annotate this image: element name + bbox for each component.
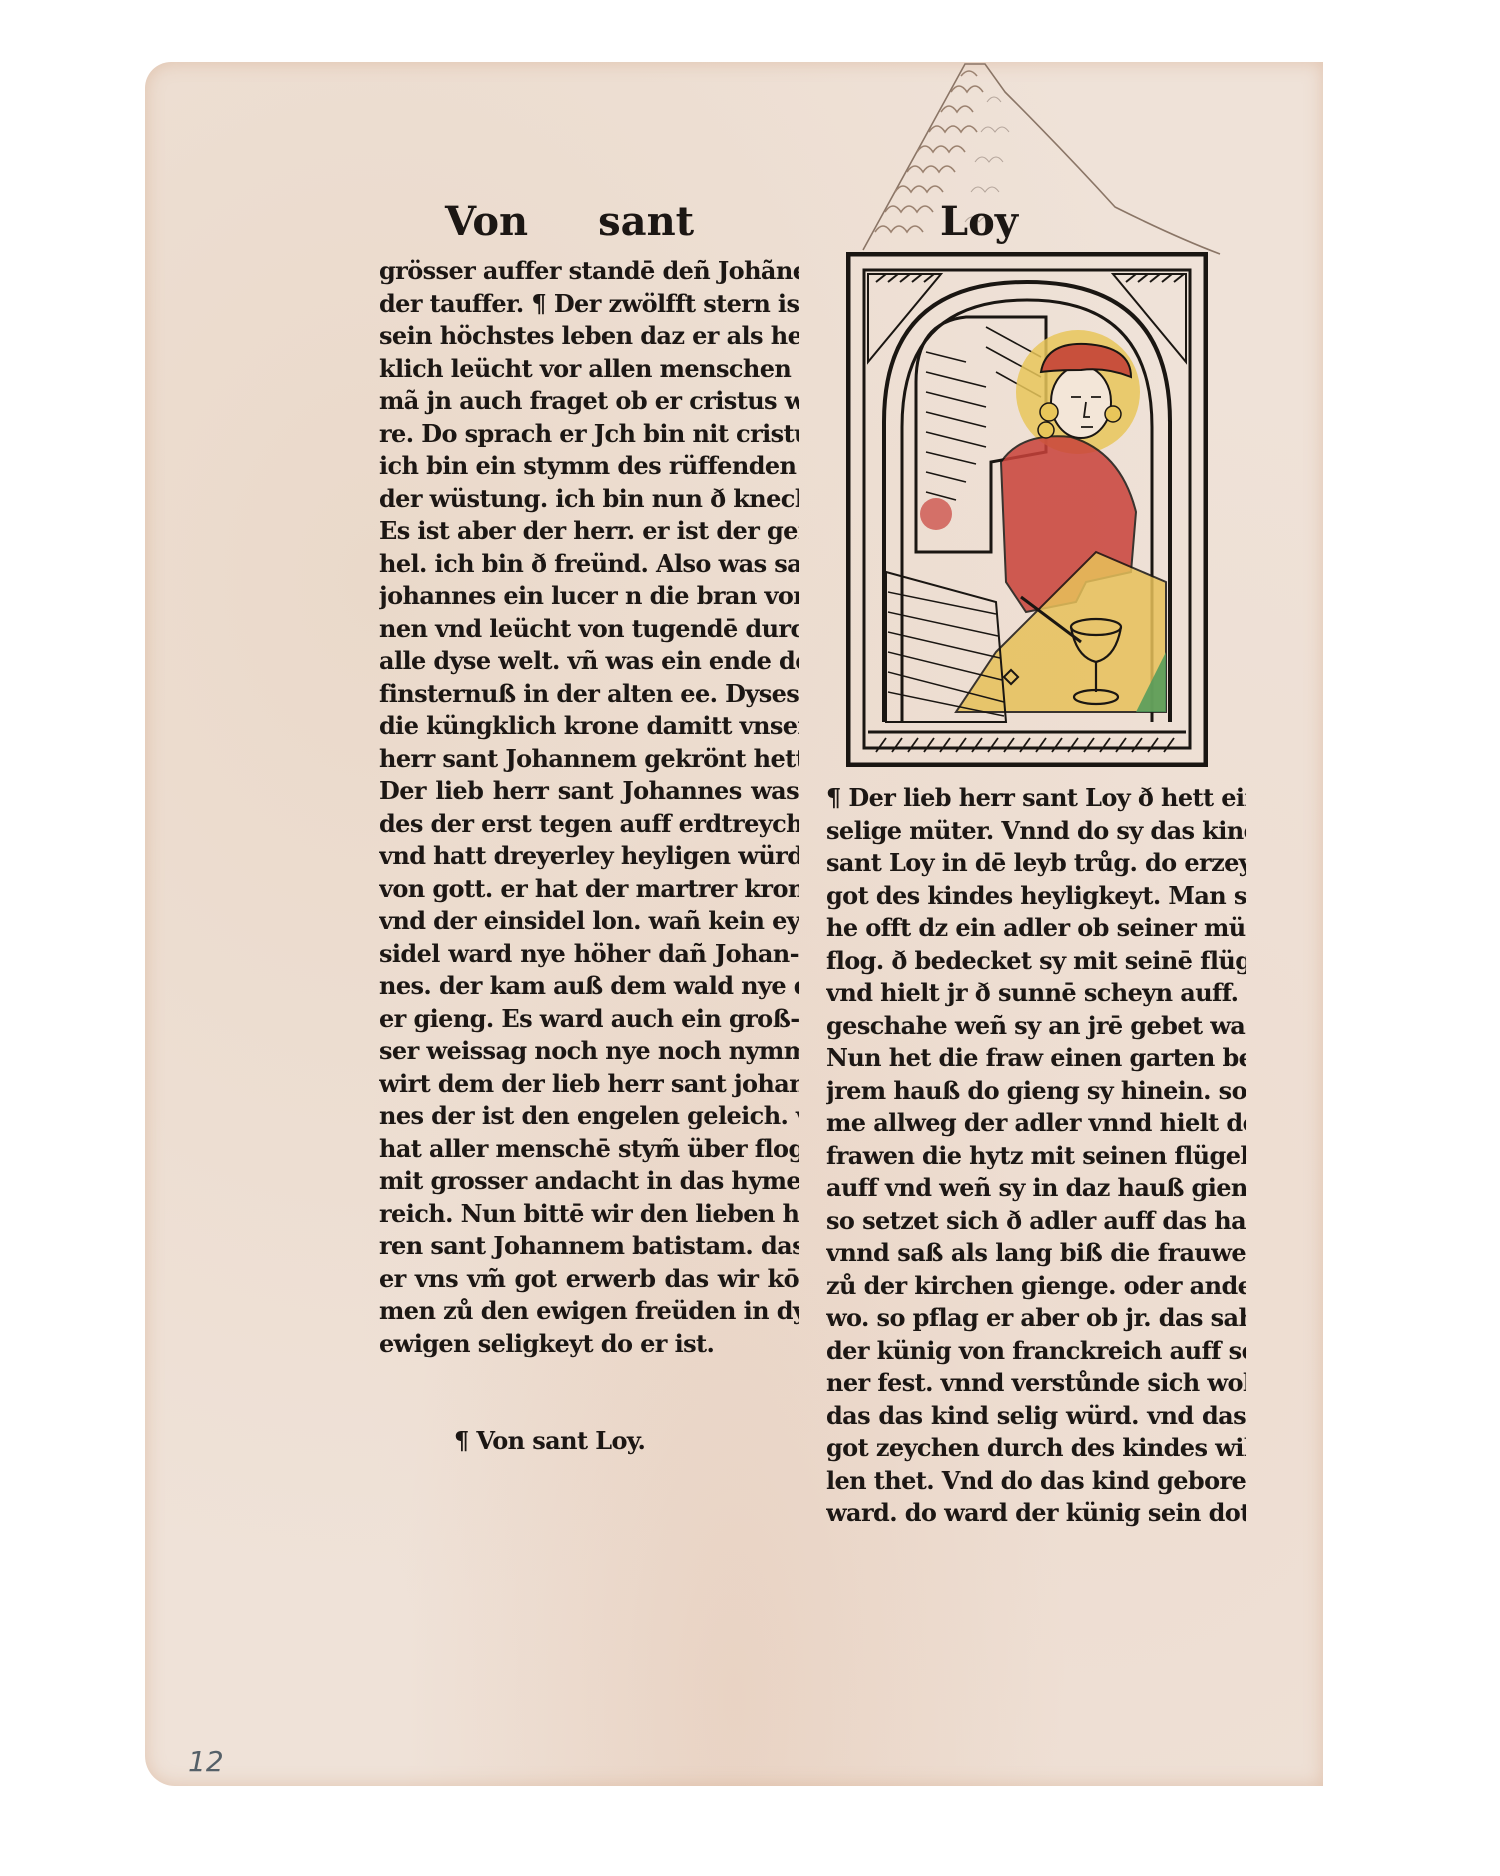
text-line: vnd der einsidel lon. wañ kein eyn- [379,905,799,938]
text-line: ser weissag noch nye noch nymmer [379,1035,799,1068]
text-line: nes der ist den engelen geleich. vnd [379,1100,799,1133]
text-line: wo. so pflag er aber ob jr. das sahe [826,1302,1246,1335]
text-line: nen vnd leücht von tugendē durch [379,613,799,646]
text-line: ewigen seligkeyt do er ist. [379,1328,799,1361]
text-line: hel. ich bin ð freünd. Also was sant [379,548,799,581]
text-line: ich bin ein stymm des rüffenden in [379,450,799,483]
text-line: ner fest. vnnd verstůnde sich wol [826,1367,1246,1400]
text-line: sidel ward nye höher dañ Johan- [379,938,799,971]
text-line: klich leücht vor allen menschen das [379,353,799,386]
text-line: Der lieb herr sant Johannes was [379,775,799,808]
text-line: vnnd saß als lang biß die frauwe [826,1237,1246,1270]
text-line: got zeychen durch des kindes wil- [826,1432,1246,1465]
text-line: Nun het die fraw einen garten bey [826,1042,1246,1075]
text-line: vnd hatt dreyerley heyligen würde [379,840,799,873]
header-word-sant: sant [598,198,694,245]
header-word-von: Von [445,198,528,245]
text-line: me allweg der adler vnnd hielt der [826,1107,1246,1140]
pen-sketch-drawing [855,62,1235,262]
text-line: flog. ð bedecket sy mit seinē flüglen. [826,945,1246,978]
text-line: ward. do ward der künig sein dot. [826,1497,1246,1530]
text-line: grösser auffer standē deñ Johãnes [379,255,799,288]
text-line: frawen die hytz mit seinen flügeln [826,1140,1246,1173]
woodcut-illustration-saint-eligius [846,252,1208,767]
text-line: auff vnd weñ sy in daz hauß gieng [826,1172,1246,1205]
running-header-left: Vonsant [445,198,694,245]
text-line: ren sant Johannem batistam. das [379,1230,799,1263]
text-line: johannes ein lucer n die bran von jn [379,580,799,613]
text-line: herr sant Johannem gekrönt hett [379,743,799,776]
text-line: len thet. Vnd do das kind geboren [826,1465,1246,1498]
folio-number-pencil: 12 [188,1745,224,1778]
text-line: he offt dz ein adler ob seiner müter [826,912,1246,945]
text-line: ¶ Der lieb herr sant Loy ð hett ein [826,782,1246,815]
text-line: men zů den ewigen freüden in dye [379,1295,799,1328]
text-line: got des kindes heyligkeyt. Man sa [826,880,1246,913]
text-line: zů der kirchen gienge. oder anderst- [826,1270,1246,1303]
text-line: Es ist aber der herr. er ist der gem a [379,515,799,548]
section-title-von-sant-loy: ¶ Von sant Loy. [454,1426,645,1455]
text-line: vnd hielt jr ð sunnē scheyn auff. daz [826,977,1246,1010]
text-line: so setzet sich ð adler auff das hauß. [826,1205,1246,1238]
text-line: wirt dem der lieb herr sant johan- [379,1068,799,1101]
text-line: sein höchstes leben daz er als heylig [379,320,799,353]
text-line: selige müter. Vnnd do sy das kind [826,815,1246,848]
text-line: er gieng. Es ward auch ein groß- [379,1003,799,1036]
text-line: sant Loy in dē leyb trůg. do erzeygt [826,847,1246,880]
text-line: der tauffer. ¶ Der zwölfft stern ist [379,288,799,321]
text-line: reich. Nun bittē wir den lieben her [379,1198,799,1231]
text-line: das das kind selig würd. vnd das [826,1400,1246,1433]
text-line: er vns vm̃ got erwerb das wir kō [379,1263,799,1296]
text-line: hat aller menschē stym̃ über flogen [379,1133,799,1166]
text-line: von gott. er hat der martrer krone. [379,873,799,906]
text-line: geschahe weñ sy an jrē gebet was. [826,1010,1246,1043]
text-line: der wüstung. ich bin nun ð knecht. [379,483,799,516]
text-line: mit grosser andacht in das hymel [379,1165,799,1198]
text-line: der künig von franckreich auff sey- [826,1335,1246,1368]
text-line: finsternuß in der alten ee. Dyses ist [379,678,799,711]
text-line: nes. der kam auß dem wald nye dz [379,970,799,1003]
text-line: alle dyse welt. vñ was ein ende der [379,645,799,678]
right-column-text: ¶ Der lieb herr sant Loy ð hett ein seli… [826,782,1246,1530]
text-line: des der erst tegen auff erdtreyche. [379,808,799,841]
text-line: die küngklich krone damitt vnser [379,710,799,743]
text-line: re. Do sprach er Jch bin nit cristus [379,418,799,451]
text-line: jrem hauß do gieng sy hinein. so ka [826,1075,1246,1108]
text-line: mã jn auch fraget ob er cristus wä [379,385,799,418]
running-header-right: Loy [940,198,1018,245]
left-column-text: grösser auffer standē deñ Johãnes der ta… [379,255,799,1360]
